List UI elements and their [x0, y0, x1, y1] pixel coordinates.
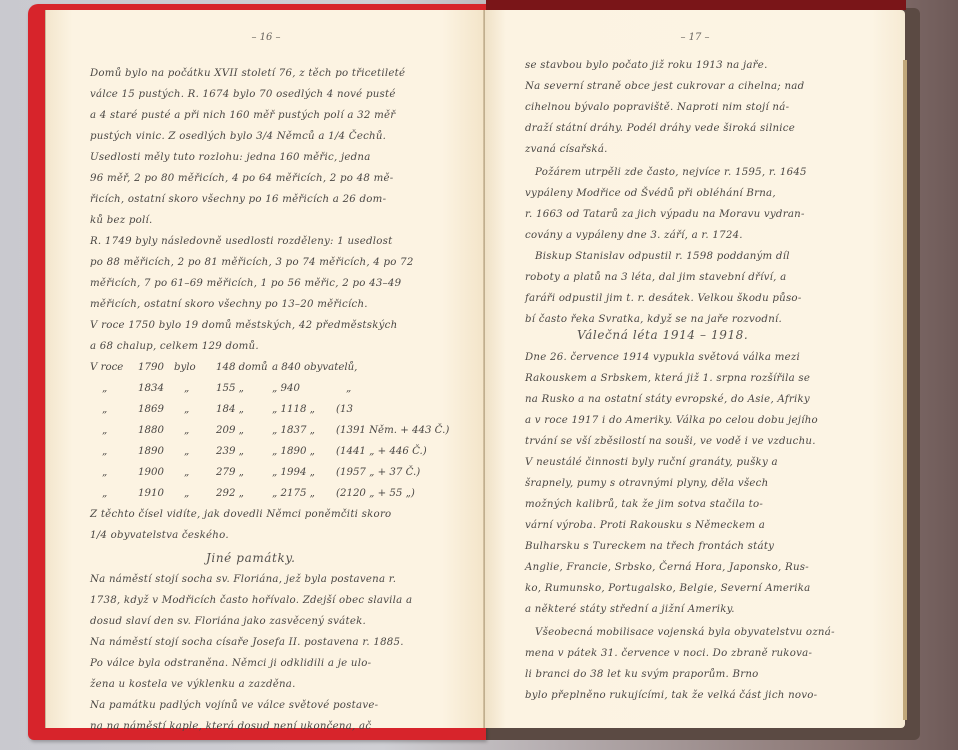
- text-line: ko, Rumunsko, Portugalsko, Belgie, Sever…: [525, 583, 810, 594]
- text-line: 96 měř, 2 po 80 měřicích, 4 po 64 měřicí…: [90, 173, 394, 184]
- text-line: V neustálé činnosti byly ruční granáty, …: [525, 457, 778, 468]
- text-line: žena u kostela ve výklenku a zazděna.: [90, 679, 296, 690]
- text-line: měřicích, ostatní skoro všechny po 13–20…: [90, 299, 368, 310]
- table-verb: „: [184, 404, 189, 415]
- text-line: V roce 1750 bylo 19 domů městských, 42 p…: [90, 320, 397, 331]
- table-breakdown: (1957 „ + 37 Č.): [336, 467, 420, 478]
- table-breakdown: (13: [336, 404, 353, 415]
- table-residents: „ 1994 „: [272, 467, 315, 478]
- text-line: Biskup Stanislav odpustil r. 1598 poddan…: [535, 251, 790, 262]
- text-line: Na severní straně obce jest cukrovar a c…: [525, 81, 804, 92]
- text-line: pustých vinic. Z osedlých bylo 3/4 Němců…: [90, 131, 386, 142]
- text-line: Na náměstí stojí socha sv. Floriána, jež…: [90, 574, 396, 585]
- text-line: Dne 26. července 1914 vypukla světová vá…: [525, 352, 800, 363]
- page-edge: [903, 60, 907, 720]
- text-line: a některé státy střední a jižní Ameriky.: [525, 604, 735, 615]
- table-houses: 184 „: [216, 404, 244, 415]
- table-year: 1790: [138, 362, 164, 373]
- text-line: vypáleny Modřice od Švédů při obléhání B…: [525, 188, 776, 199]
- text-line: Usedlosti měly tuto rozlohu: jedna 160 m…: [90, 152, 371, 163]
- table-verb: „: [184, 425, 189, 436]
- table-prefix: „: [102, 446, 107, 457]
- text-line: Rakouskem a Srbskem, která již 1. srpna …: [525, 373, 810, 384]
- text-line: Na náměstí stojí socha císaře Josefa II.…: [90, 637, 404, 648]
- table-prefix: „: [102, 383, 107, 394]
- text-line: na Rusko a na ostatní státy evropské, do…: [525, 394, 810, 405]
- table-verb: „: [184, 488, 189, 499]
- text-line: Požárem utrpěli zde často, nejvíce r. 15…: [535, 167, 807, 178]
- text-line: covány a vypáleny dne 3. září, a r. 1724…: [525, 230, 743, 241]
- text-line: Domů bylo na počátku XVII století 76, z …: [90, 68, 405, 79]
- left-page: – 16 – Domů bylo na počátku XVII století…: [45, 10, 486, 728]
- table-residents: a 840 obyvatelů,: [272, 362, 357, 373]
- table-houses: 209 „: [216, 425, 244, 436]
- page-number-left: – 16 –: [46, 32, 486, 43]
- text-line: a v roce 1917 i do Ameriky. Válka po cel…: [525, 415, 818, 426]
- text-line: roboty a platů na 3 léta, dal jim staveb…: [525, 272, 786, 283]
- table-year: 1869: [138, 404, 164, 415]
- table-prefix: „: [102, 425, 107, 436]
- text-line: bí často řeka Svratka, když se na jaře r…: [525, 314, 782, 325]
- text-line: 1/4 obyvatelstva českého.: [90, 530, 229, 541]
- text-line: ků bez polí.: [90, 215, 153, 226]
- text-line: mena v pátek 31. července v noci. Do zbr…: [525, 648, 812, 659]
- table-residents: „ 1837 „: [272, 425, 315, 436]
- table-prefix: „: [102, 467, 107, 478]
- table-prefix: „: [102, 488, 107, 499]
- section-heading-jine-pamatky: Jiné památky.: [206, 551, 296, 565]
- table-houses: 279 „: [216, 467, 244, 478]
- text-line: šrapnely, pumy s otravnými plyny, děla v…: [525, 478, 768, 489]
- text-line: r. 1663 od Tatarů za jich výpadu na Mora…: [525, 209, 805, 220]
- table-verb: „: [184, 467, 189, 478]
- table-year: 1890: [138, 446, 164, 457]
- book-cover-top-edge: [486, 0, 906, 10]
- text-line: Anglie, Francie, Srbsko, Černá Hora, Jap…: [525, 562, 809, 573]
- text-line: válce 15 pustých. R. 1674 bylo 70 osedlý…: [90, 89, 396, 100]
- table-verb: bylo: [174, 362, 196, 373]
- table-year: 1910: [138, 488, 164, 499]
- text-line: měřicích, 7 po 61–69 měřicích, 1 po 56 m…: [90, 278, 401, 289]
- section-heading-valecna-leta: Válečná léta 1914 – 1918.: [577, 328, 748, 342]
- text-line: vární výroba. Proti Rakousku s Německem …: [525, 520, 765, 531]
- table-breakdown: (1391 Něm. + 443 Č.): [336, 425, 449, 436]
- table-year: 1834: [138, 383, 164, 394]
- table-breakdown: „: [346, 383, 351, 394]
- text-line: li branci do 38 let ku svým praporům. Br…: [525, 669, 759, 680]
- text-line: Bulharsku s Tureckem na třech frontách s…: [525, 541, 774, 552]
- text-line: dosud slaví den sv. Floriána jako zasvěc…: [90, 616, 366, 627]
- table-breakdown: (1441 „ + 446 Č.): [336, 446, 427, 457]
- table-residents: „ 2175 „: [272, 488, 315, 499]
- table-verb: „: [184, 383, 189, 394]
- table-year: 1880: [138, 425, 164, 436]
- scanned-book-spread: – 16 – Domů bylo na počátku XVII století…: [0, 0, 958, 750]
- text-line: Z těchto čísel vidíte, jak dovedli Němci…: [90, 509, 391, 520]
- table-houses: 148 domů: [216, 362, 268, 373]
- table-prefix: V roce: [90, 362, 123, 373]
- text-line: trvání se vší zběsilostí na souši, ve vo…: [525, 436, 816, 447]
- text-line: se stavbou bylo počato již roku 1913 na …: [525, 60, 768, 71]
- text-line: Po válce byla odstraněna. Němci ji odkli…: [90, 658, 371, 669]
- text-line: po 88 měřicích, 2 po 81 měřicích, 3 po 7…: [90, 257, 414, 268]
- text-line: a 4 staré pusté a při nich 160 měř pustý…: [90, 110, 395, 121]
- text-line: na na náměstí kaple, která dosud není uk…: [90, 721, 371, 732]
- table-residents: „ 1890 „: [272, 446, 315, 457]
- text-line: Všeobecná mobilisace vojenská byla obyva…: [535, 627, 835, 638]
- text-line: řicích, ostatní skoro všechny po 16 měři…: [90, 194, 386, 205]
- table-year: 1900: [138, 467, 164, 478]
- text-line: možných kalibrů, tak že jim sotva stačil…: [525, 499, 763, 510]
- page-number-right: – 17 –: [485, 32, 905, 43]
- text-line: faráři odpustil jim t. r. desátek. Velko…: [525, 293, 802, 304]
- text-line: a 68 chalup, celkem 129 domů.: [90, 341, 259, 352]
- text-line: R. 1749 byly následovně usedlosti rozděl…: [90, 236, 393, 247]
- text-line: Na památku padlých vojínů ve válce světo…: [90, 700, 378, 711]
- table-houses: 155 „: [216, 383, 244, 394]
- table-residents: „ 1118 „: [272, 404, 315, 415]
- table-breakdown: (2120 „ + 55 „): [336, 488, 415, 499]
- text-line: draží státní dráhy. Podél dráhy vede šir…: [525, 123, 795, 134]
- text-line: zvaná císařská.: [525, 144, 608, 155]
- table-prefix: „: [102, 404, 107, 415]
- table-residents: „ 940: [272, 383, 300, 394]
- table-verb: „: [184, 446, 189, 457]
- table-houses: 292 „: [216, 488, 244, 499]
- text-line: bylo přeplněno rukujícími, tak že velká …: [525, 690, 817, 701]
- text-line: cihelnou bývalo popraviště. Naproti nim …: [525, 102, 789, 113]
- table-houses: 239 „: [216, 446, 244, 457]
- text-line: 1738, když v Modřicích často hořívalo. Z…: [90, 595, 412, 606]
- right-page: – 17 – se stavbou bylo počato již roku 1…: [485, 10, 905, 728]
